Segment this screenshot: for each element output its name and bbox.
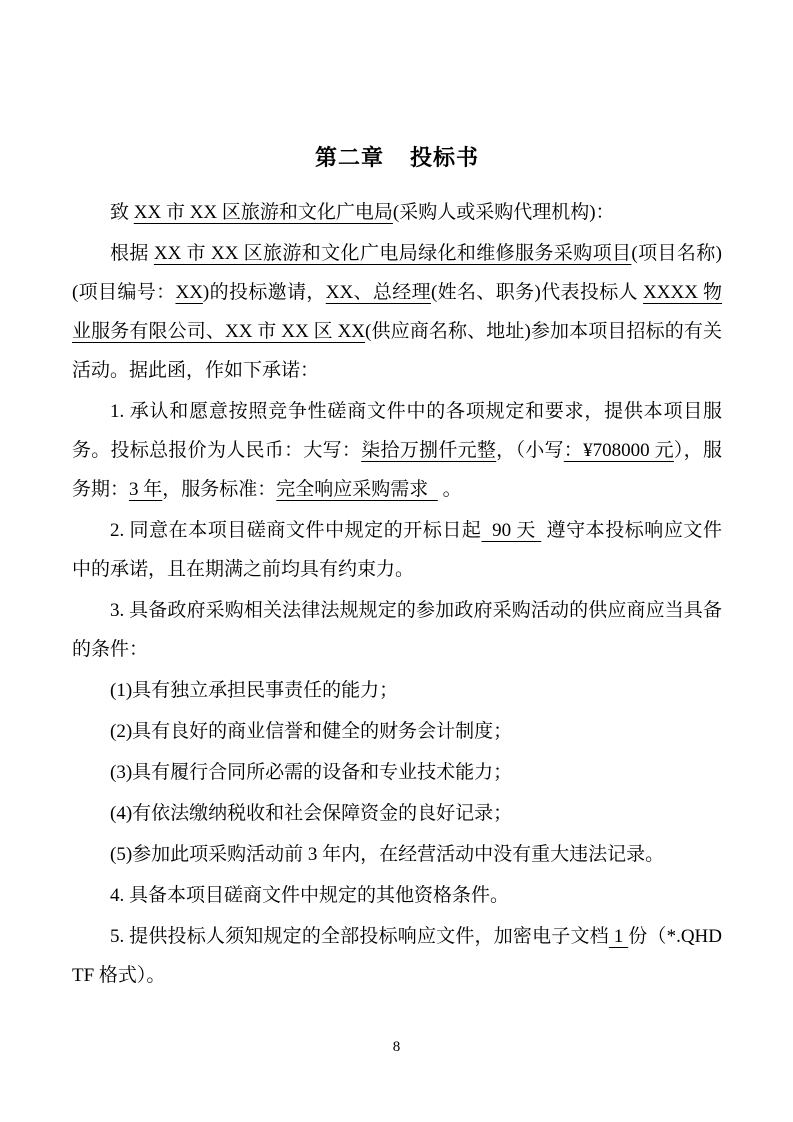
underlined-text: 90 天: [481, 520, 541, 541]
text-run: (采购人或采购代理机构)：: [393, 202, 615, 223]
paragraph: (1)具有独立承担民事责任的能力；: [72, 671, 722, 710]
document-page: 第二章 投标书 致 XX 市 XX 区旅游和文化广电局(采购人或采购代理机构)：…: [0, 0, 793, 1122]
underlined-text: XX: [175, 282, 202, 303]
paragraph: (4)有依法缴纳税收和社会保障资金的良好记录；: [72, 794, 722, 833]
text-run: 5. 提供投标人须知规定的全部投标响应文件，加密电子文档: [110, 926, 609, 947]
text-run: 。: [438, 479, 462, 500]
underlined-text: 3 年: [129, 479, 162, 500]
paragraph: 根据 XX 市 XX 区旅游和文化广电局绿化和维修服务采购项目(项目名称)(项目…: [72, 234, 722, 390]
underlined-text: 完全响应采购需求: [276, 479, 438, 500]
paragraph: 1. 承认和愿意按照竞争性磋商文件中的各项规定和要求，提供本项目服务。投标总报价…: [72, 392, 722, 509]
text-run: (1)具有独立承担民事责任的能力；: [110, 680, 398, 701]
paragraph: (5)参加此项采购活动前 3 年内，在经营活动中没有重大违法记录。: [72, 835, 722, 874]
underlined-text: 1: [609, 926, 628, 947]
text-run: (姓名、职务)代表投标人: [431, 282, 643, 303]
text-run: )的投标邀请，: [203, 282, 326, 303]
text-run: 致: [110, 202, 134, 223]
paragraph: (3)具有履行合同所必需的设备和专业技术能力；: [72, 753, 722, 792]
underlined-text: XX 市 XX 区旅游和文化广电局绿化和维修服务采购项目: [154, 243, 631, 264]
text-run: (4)有依法缴纳税收和社会保障资金的良好记录；: [110, 803, 512, 824]
document-body: 致 XX 市 XX 区旅游和文化广电局(采购人或采购代理机构)：根据 XX 市 …: [72, 193, 722, 995]
text-run: 2. 同意在本项目磋商文件中规定的开标日起: [110, 520, 481, 541]
text-run: 3. 具备政府采购相关法律法规规定的参加政府采购活动的供应商应当具备的条件：: [72, 600, 722, 660]
text-run: (2)具有良好的商业信誉和健全的财务会计制度；: [110, 721, 512, 742]
text-run: 根据: [110, 243, 154, 264]
text-run: (3)具有履行合同所必需的设备和专业技术能力；: [110, 762, 512, 783]
chapter-title: 第二章 投标书: [72, 143, 722, 173]
text-run: 4. 具备本项目磋商文件中规定的其他资格条件。: [110, 885, 509, 906]
page-number: 8: [0, 1038, 793, 1056]
paragraph: 4. 具备本项目磋商文件中规定的其他资格条件。: [72, 876, 722, 915]
underlined-text: 柒拾万捌仟元整: [361, 440, 496, 461]
text-run: (5)参加此项采购活动前 3 年内，在经营活动中没有重大违法记录。: [110, 844, 664, 865]
underlined-text: XX 市 XX 区旅游和文化广电局: [134, 202, 393, 223]
paragraph: 5. 提供投标人须知规定的全部投标响应文件，加密电子文档 1 份（*.QHDTF…: [72, 917, 722, 995]
paragraph: 2. 同意在本项目磋商文件中规定的开标日起 90 天 遵守本投标响应文件中的承诺…: [72, 511, 722, 589]
text-run: ，服务标准：: [162, 479, 276, 500]
paragraph: (2)具有良好的商业信誉和健全的财务会计制度；: [72, 712, 722, 751]
text-run: ，（小写: [496, 440, 564, 461]
paragraph: 致 XX 市 XX 区旅游和文化广电局(采购人或采购代理机构)：: [72, 193, 722, 232]
paragraph: 3. 具备政府采购相关法律法规规定的参加政府采购活动的供应商应当具备的条件：: [72, 591, 722, 669]
underlined-text: ：¥708000 元: [564, 440, 674, 461]
underlined-text: XX、总经理: [326, 282, 431, 303]
